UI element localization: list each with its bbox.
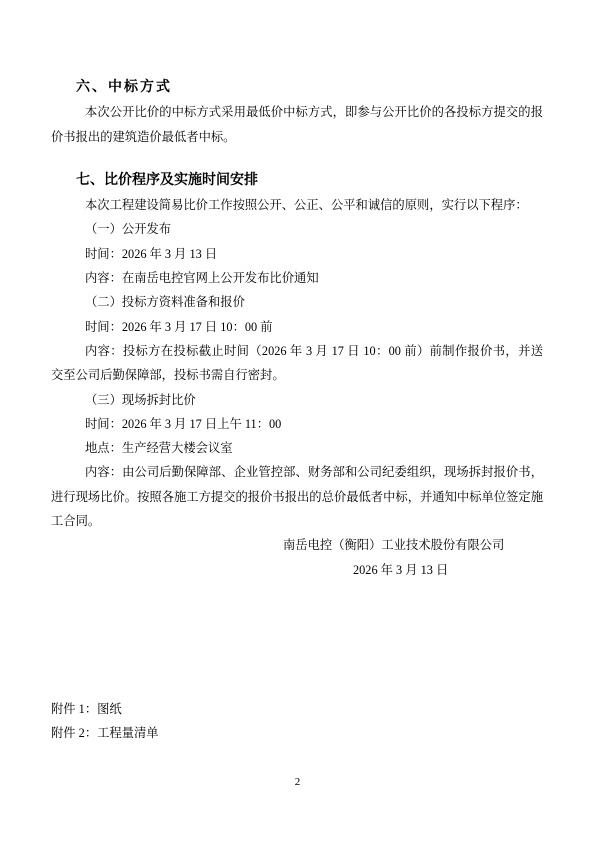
step-three-time: 时间：2026 年 3 月 17 日上午 11：00 xyxy=(51,412,543,436)
step-two-title: （二）投标方资料准备和报价 xyxy=(51,290,543,314)
step-three-title: （三）现场拆封比价 xyxy=(51,388,543,412)
section-seven-heading: 七、比价程序及实施时间安排 xyxy=(51,169,543,193)
attachment-1: 附件 1：图纸 xyxy=(51,697,543,721)
section-six-paragraph: 本次公开比价的中标方式采用最低价中标方式，即参与公开比价的各投标方提交的报价书报… xyxy=(51,100,543,149)
step-one-title: （一）公开发布 xyxy=(51,217,543,241)
step-three-content: 内容：由公司后勤保障部、企业管控部、财务部和公司纪委组织，现场拆封报价书，进行现… xyxy=(51,460,543,533)
signature-date: 2026 年 3 月 13 日 xyxy=(353,558,543,582)
page-number: 2 xyxy=(0,775,595,789)
signature-company: 南岳电控（衡阳）工业技术股份有限公司 xyxy=(283,533,543,557)
step-one-content: 内容：在南岳电控官网上公开发布比价通知 xyxy=(51,266,543,290)
attachment-2: 附件 2：工程量清单 xyxy=(51,721,543,745)
step-two-time: 时间：2026 年 3 月 17 日 10：00 前 xyxy=(51,315,543,339)
section-six-heading: 六、中标方式 xyxy=(51,76,543,100)
document-content: 六、中标方式 本次公开比价的中标方式采用最低价中标方式，即参与公开比价的各投标方… xyxy=(51,76,543,746)
document-page: 六、中标方式 本次公开比价的中标方式采用最低价中标方式，即参与公开比价的各投标方… xyxy=(0,0,595,841)
procedure-intro: 本次工程建设简易比价工作按照公开、公正、公平和诚信的原则，实行以下程序： xyxy=(51,193,543,217)
step-two-content: 内容：投标方在投标截止时间（2026 年 3 月 17 日 10：00 前）前制… xyxy=(51,339,543,388)
step-three-location: 地点：生产经营大楼会议室 xyxy=(51,436,543,460)
attachments-list: 附件 1：图纸 附件 2：工程量清单 xyxy=(51,697,543,746)
step-one-time: 时间：2026 年 3 月 13 日 xyxy=(51,242,543,266)
